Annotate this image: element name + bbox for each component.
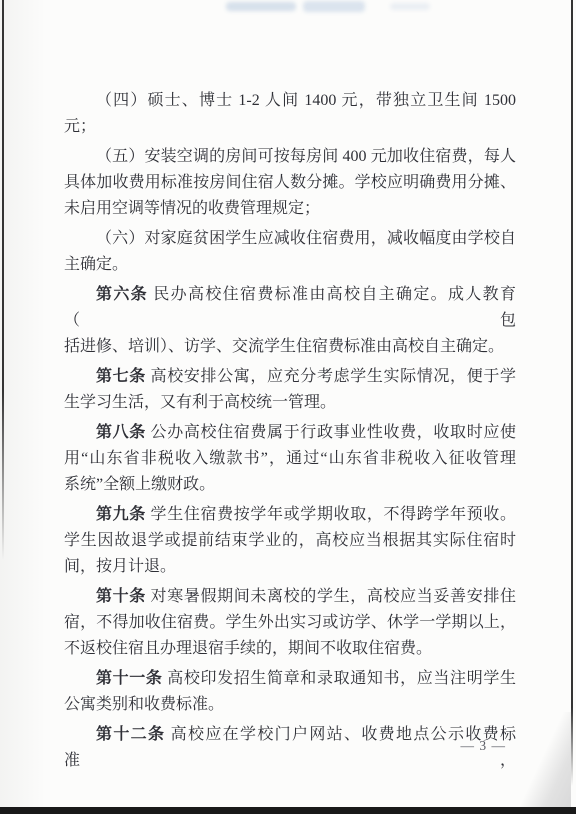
- text-line: 间，按月计退。: [64, 554, 516, 580]
- text-line: 元；: [64, 114, 516, 140]
- article-label: 第十二条: [96, 726, 165, 743]
- article-paragraph: 第十一条 高校印发招生简章和录取通知书，应当注明学生公寓类别和收费标准。: [64, 666, 516, 718]
- article-label: 第九条: [96, 506, 146, 523]
- article-label: 第七条: [96, 368, 146, 385]
- scan-edge-bottom: [0, 807, 576, 814]
- document-body: （四）硕士、博士 1-2 人间 1400 元，带独立卫生间 1500元；（五）安…: [64, 88, 516, 778]
- clause-paragraph: （五）安装空调的房间可按每房间 400 元加收住宿费，每人具体加收费用标准按房间…: [64, 144, 516, 222]
- bleed-through-mark: [390, 3, 430, 10]
- text-line: 第七条 高校安排公寓，应充分考虑学生实际情况，便于学: [64, 364, 516, 390]
- text-line: （六）对家庭贫困学生应减收住宿费用，减收幅度由学校自: [64, 226, 516, 252]
- text-line: 公寓类别和收费标准。: [64, 692, 516, 718]
- article-label: 第十一条: [96, 670, 163, 687]
- bleed-through-mark: [226, 2, 296, 11]
- text-line: （四）硕士、博士 1-2 人间 1400 元，带独立卫生间 1500: [64, 88, 516, 114]
- text-line: 生学习生活，又有利于高校统一管理。: [64, 390, 516, 416]
- article-label: 第六条: [96, 286, 148, 303]
- text-line: 第九条 学生住宿费按学年或学期收取，不得跨学年预收。: [64, 502, 516, 528]
- text-line: 第十二条 高校应在学校门户网站、收费地点公示收费标准，: [64, 722, 516, 774]
- page-number: — 3 —: [461, 738, 507, 754]
- text-line: 第八条 公办高校住宿费属于行政事业性收费，收取时应使: [64, 420, 516, 446]
- scan-edge-right: [571, 0, 573, 786]
- article-paragraph: 第十条 对寒暑假期间未离校的学生，高校应当妥善安排住宿，不得加收住宿费。学生外出…: [64, 584, 516, 662]
- article-paragraph: 第九条 学生住宿费按学年或学期收取，不得跨学年预收。学生因故退学或提前结束学业的…: [64, 502, 516, 580]
- article-paragraph: 第六条 民办高校住宿费标准由高校自主确定。成人教育（包括进修、培训）、访学、交流…: [64, 282, 516, 360]
- article-label: 第十条: [96, 588, 146, 605]
- article-paragraph: 第八条 公办高校住宿费属于行政事业性收费，收取时应使用“山东省非税收入缴款书”，…: [64, 420, 516, 498]
- text-line: 宿，不得加收住宿费。学生外出实习或访学、休学一学期以上，: [64, 610, 516, 636]
- bleed-through-mark: [303, 1, 365, 12]
- clause-paragraph: （四）硕士、博士 1-2 人间 1400 元，带独立卫生间 1500元；: [64, 88, 516, 140]
- text-line: 第六条 民办高校住宿费标准由高校自主确定。成人教育（包: [64, 282, 516, 334]
- scan-edge-left: [2, 0, 4, 560]
- text-line: 第十条 对寒暑假期间未离校的学生，高校应当妥善安排住: [64, 584, 516, 610]
- text-line: 系统”全额上缴财政。: [64, 472, 516, 498]
- text-line: 用“山东省非税收入缴款书”，通过“山东省非税收入征收管理: [64, 446, 516, 472]
- text-line: 第十一条 高校印发招生简章和录取通知书，应当注明学生: [64, 666, 516, 692]
- article-paragraph: 第十二条 高校应在学校门户网站、收费地点公示收费标准，: [64, 722, 516, 774]
- text-line: 括进修、培训）、访学、交流学生住宿费标准由高校自主确定。: [64, 334, 516, 360]
- clause-paragraph: （六）对家庭贫困学生应减收住宿费用，减收幅度由学校自主确定。: [64, 226, 516, 278]
- text-line: （五）安装空调的房间可按每房间 400 元加收住宿费，每人: [64, 144, 516, 170]
- text-line: 具体加收费用标准按房间住宿人数分摊。学校应明确费用分摊、: [64, 170, 516, 196]
- article-paragraph: 第七条 高校安排公寓，应充分考虑学生实际情况，便于学生学习生活，又有利于高校统一…: [64, 364, 516, 416]
- article-label: 第八条: [96, 424, 146, 441]
- scanned-document-page: （四）硕士、博士 1-2 人间 1400 元，带独立卫生间 1500元；（五）安…: [0, 0, 576, 814]
- text-line: 主确定。: [64, 252, 516, 278]
- text-line: 不返校住宿且办理退宿手续的，期间不收取住宿费。: [64, 636, 516, 662]
- text-line: 未启用空调等情况的收费管理规定；: [64, 196, 516, 222]
- text-line: 学生因故退学或提前结束学业的，高校应当根据其实际住宿时: [64, 528, 516, 554]
